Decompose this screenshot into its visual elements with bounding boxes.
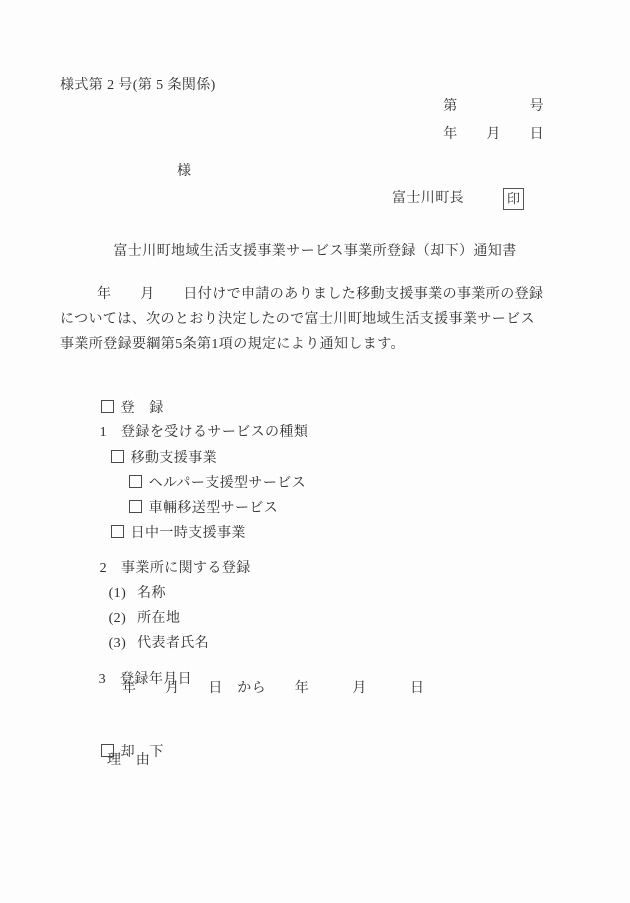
document-title: 富士川町地域生活支援事業サービス事業所登録（却下）通知書 xyxy=(0,244,630,260)
form-reference: 様式第 2 号(第 5 条関係) xyxy=(60,78,216,94)
addressee-suffix: 様 xyxy=(177,164,191,180)
item2-sub3-label: 代表者氏名 xyxy=(137,636,209,651)
document-page: 様式第 2 号(第 5 条関係) 第 号 年 月 日 様 富士川町長 印 富士川… xyxy=(0,0,630,903)
service-daytime-checkbox[interactable] xyxy=(111,525,124,538)
item3-number: 3 xyxy=(99,672,106,688)
document-number-line: 第 号 xyxy=(443,99,544,115)
item2-sub3-number: (3) xyxy=(109,636,127,652)
seal-mark: 印 xyxy=(503,188,524,210)
body-line-1: 年 月 日付けで申請のありました移動支援事業の事業所の登録 xyxy=(97,287,543,303)
rejection-reason-label: 理 由 xyxy=(107,753,150,769)
body-line-2: については、次のとおり決定したので富士川町地域生活支援事業サービス xyxy=(60,312,535,328)
document-date-line: 年 月 日 xyxy=(443,127,544,143)
registration-period-line: 年 月 日 から 年 月 日 xyxy=(122,681,424,697)
sender-name: 富士川町長 xyxy=(392,191,464,207)
service-daytime-label: 日中一時支援事業 xyxy=(131,526,246,541)
body-line-3: 事業所登録要綱第5条第1項の規定により通知します。 xyxy=(60,337,405,353)
